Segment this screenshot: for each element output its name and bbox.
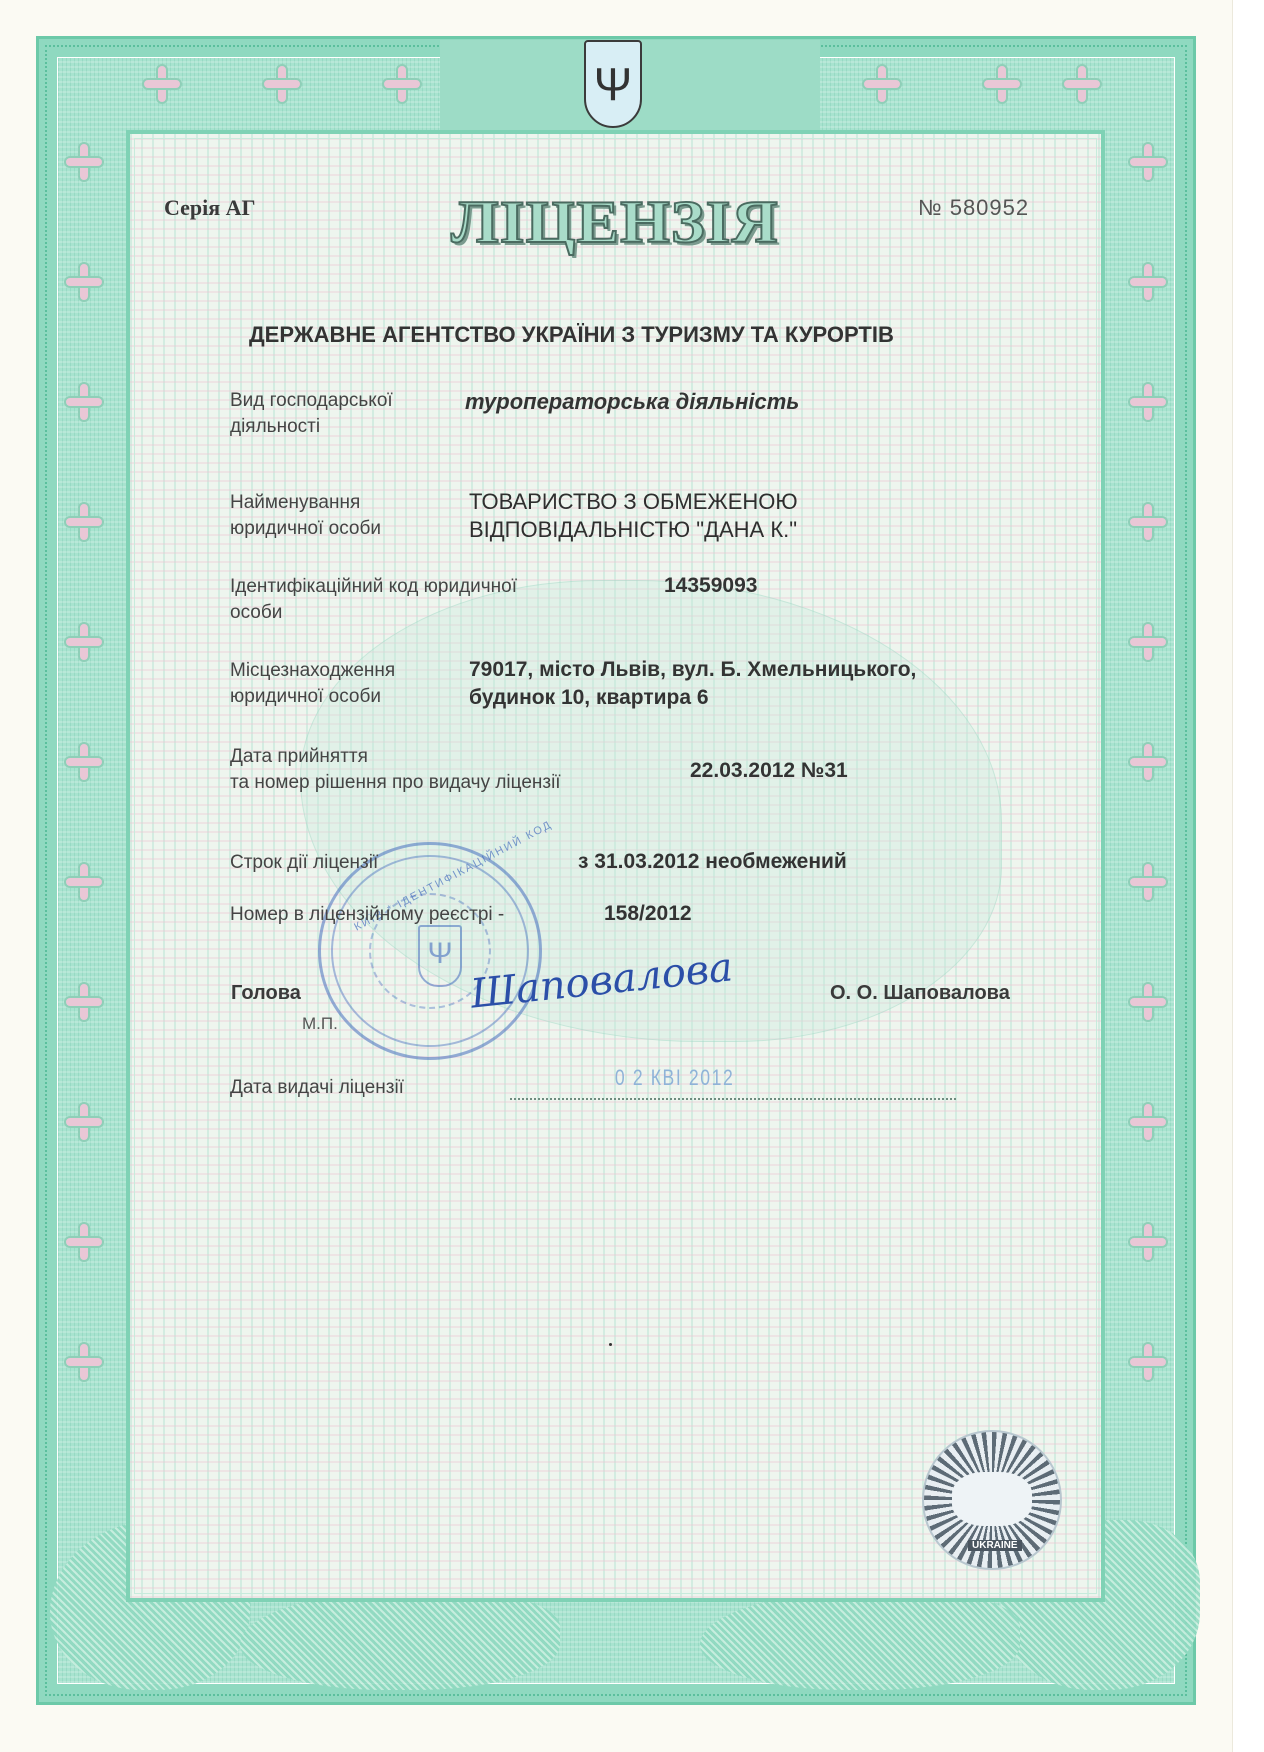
field-label-entity-name: Найменування юридичної особи <box>230 490 381 542</box>
border-cross-ornament <box>1126 980 1170 1024</box>
field-value-id-code: 14359093 <box>664 572 757 600</box>
document-title: ЛІЦЕНЗІЯ <box>451 187 779 257</box>
signatory-name: О. О. Шаповалова <box>830 982 1010 1005</box>
field-label-validity: Строк дії ліцензії <box>230 850 378 876</box>
ink-dot <box>609 1343 612 1346</box>
border-cross-ornament <box>1126 1100 1170 1144</box>
seal-place-label: М.П. <box>302 1014 338 1034</box>
field-value-entity-name: ТОВАРИСТВО З ОБМЕЖЕНОЮ ВІДПОВІДАЛЬНІСТЮ … <box>469 488 798 544</box>
border-cross-ornament <box>1126 500 1170 544</box>
border-cross-ornament <box>62 860 106 904</box>
field-label-decision: Дата прийняття та номер рішення про вида… <box>230 744 561 796</box>
border-cross-ornament <box>1126 1220 1170 1264</box>
border-cross-ornament <box>260 62 304 106</box>
field-value-validity: з 31.03.2012 необмежений <box>578 848 847 876</box>
border-cross-ornament <box>62 740 106 784</box>
field-value-registry: 158/2012 <box>604 900 692 928</box>
field-label-address: Місцезнаходження юридичної особи <box>230 658 395 710</box>
trident-coat-of-arms-icon: Ψ <box>584 40 642 128</box>
border-cross-ornament <box>980 62 1024 106</box>
seal-trident-icon: Ψ <box>418 925 462 987</box>
field-label-registry: Номер в ліцензійному реєстрі - <box>230 902 504 928</box>
field-value-address: 79017, місто Львів, вул. Б. Хмельницьког… <box>469 656 916 712</box>
border-cross-ornament <box>62 1100 106 1144</box>
issue-date-line <box>510 1098 956 1100</box>
issue-date-label: Дата видачі ліцензії <box>230 1075 404 1101</box>
field-value-decision: 22.03.2012 №31 <box>690 757 848 785</box>
border-cross-ornament <box>62 260 106 304</box>
border-cross-ornament <box>62 620 106 664</box>
border-cross-ornament <box>380 62 424 106</box>
paper-edge <box>1232 0 1264 1752</box>
border-cross-ornament <box>1126 860 1170 904</box>
border-cross-ornament <box>860 62 904 106</box>
border-cross-ornament <box>1126 380 1170 424</box>
border-cross-ornament <box>140 62 184 106</box>
head-label: Голова <box>231 982 301 1005</box>
border-cross-ornament <box>1126 260 1170 304</box>
field-label-id-code: Ідентифікаційний код юридичної особи <box>230 574 517 626</box>
border-cross-ornament <box>62 1220 106 1264</box>
border-cross-ornament <box>1126 1340 1170 1384</box>
border-cross-ornament <box>1126 140 1170 184</box>
field-label-activity: Вид господарської діяльності <box>230 388 393 440</box>
border-cross-ornament <box>62 140 106 184</box>
issuing-agency: ДЕРЖАВНЕ АГЕНТСТВО УКРАЇНИ З ТУРИЗМУ ТА … <box>249 322 894 348</box>
border-cross-ornament <box>1126 620 1170 664</box>
issue-date-stamp: 0 2 КВІ 2012 <box>615 1065 734 1091</box>
border-cross-ornament <box>1060 62 1104 106</box>
series-label: Серія АГ <box>164 195 256 221</box>
field-value-activity: туроператорська діяльність <box>465 388 799 416</box>
border-cross-ornament <box>62 380 106 424</box>
license-number: № 580952 <box>918 195 1029 221</box>
border-cross-ornament <box>62 980 106 1024</box>
border-cross-ornament <box>62 1340 106 1384</box>
border-cross-ornament <box>1126 740 1170 784</box>
border-cross-ornament <box>62 500 106 544</box>
hologram-label: UKRAINE <box>968 1540 1022 1551</box>
